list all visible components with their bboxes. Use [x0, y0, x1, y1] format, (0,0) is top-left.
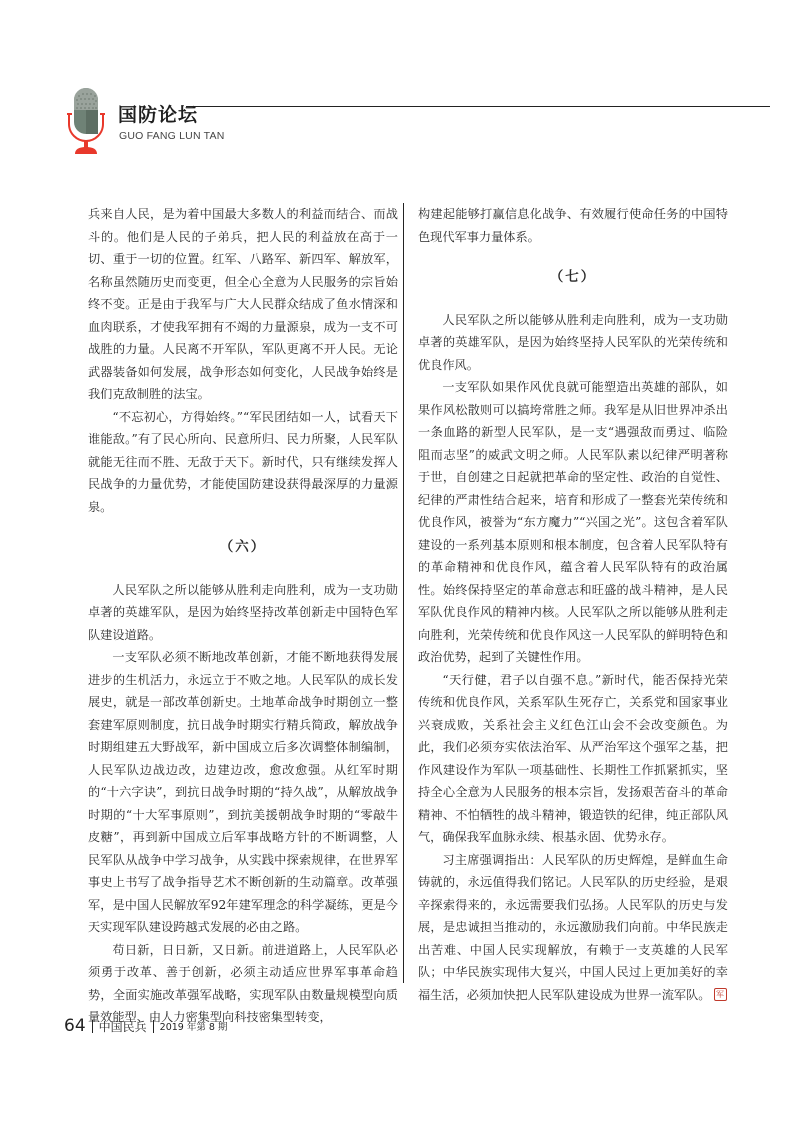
paragraph: 兵来自人民，是为着中国最大多数人的利益而结合、而战斗的。他们是人民的子弟兵，把人…	[88, 203, 398, 406]
paragraph: 苟日新，日日新，又日新。前进道路上，人民军队必须勇于改革、善于创新，必须主动适应…	[88, 939, 398, 1029]
section-header: 国防论坛 GUO FANG LUN TAN	[0, 0, 794, 170]
microphone-icon	[66, 88, 106, 156]
paragraph: “天行健，君子以自强不息。”新时代，能否保持光荣传统和优良作风，关系军队生死存亡…	[418, 669, 728, 849]
section-title-pinyin: GUO FANG LUN TAN	[119, 130, 225, 142]
footer-separator	[153, 1020, 154, 1033]
end-mark-icon: 军	[714, 988, 727, 1001]
paragraph: 人民军队之所以能够从胜利走向胜利，成为一支功勋卓著的英雄军队，是因为始终坚持人民…	[418, 309, 728, 377]
footer-separator	[92, 1020, 93, 1033]
paragraph-text: 习主席强调指出：人民军队的历史辉煌，是鲜血生命铸就的，永远值得我们铭记。人民军队…	[418, 853, 728, 1002]
section-heading-six: （六）	[88, 536, 398, 559]
paragraph: 人民军队之所以能够从胜利走向胜利，成为一支功勋卓著的英雄军队，是因为始终坚持改革…	[88, 579, 398, 647]
page-footer: 64 中国民兵 2019 年第 8 期	[64, 1016, 227, 1036]
paragraph-final: 习主席强调指出：人民军队的历史辉煌，是鲜血生命铸就的，永远值得我们铭记。人民军队…	[418, 849, 728, 1007]
section-title: 国防论坛	[118, 100, 198, 127]
paragraph: 构建起能够打赢信息化战争、有效履行使命任务的中国特色现代军事力量体系。	[418, 203, 728, 248]
page-number: 64	[64, 1016, 86, 1036]
section-heading-seven: （七）	[418, 266, 728, 289]
magazine-name: 中国民兵	[99, 1018, 147, 1035]
issue-label: 2019 年第 8 期	[160, 1019, 228, 1033]
left-column: 兵来自人民，是为着中国最大多数人的利益而结合、而战斗的。他们是人民的子弟兵，把人…	[88, 203, 398, 1029]
paragraph: 一支军队必须不断地改革创新，才能不断地获得发展进步的生机活力，永远立于不败之地。…	[88, 646, 398, 939]
right-column: 构建起能够打赢信息化战争、有效履行使命任务的中国特色现代军事力量体系。 （七） …	[418, 203, 728, 1006]
column-divider	[403, 203, 404, 983]
header-rule	[186, 106, 770, 107]
paragraph: “不忘初心，方得始终。”“军民团结如一人，试看天下谁能敌。”有了民心所向、民意所…	[88, 406, 398, 519]
paragraph: 一支军队如果作风优良就可能塑造出英雄的部队，如果作风松散则可以搞垮常胜之师。我军…	[418, 376, 728, 669]
